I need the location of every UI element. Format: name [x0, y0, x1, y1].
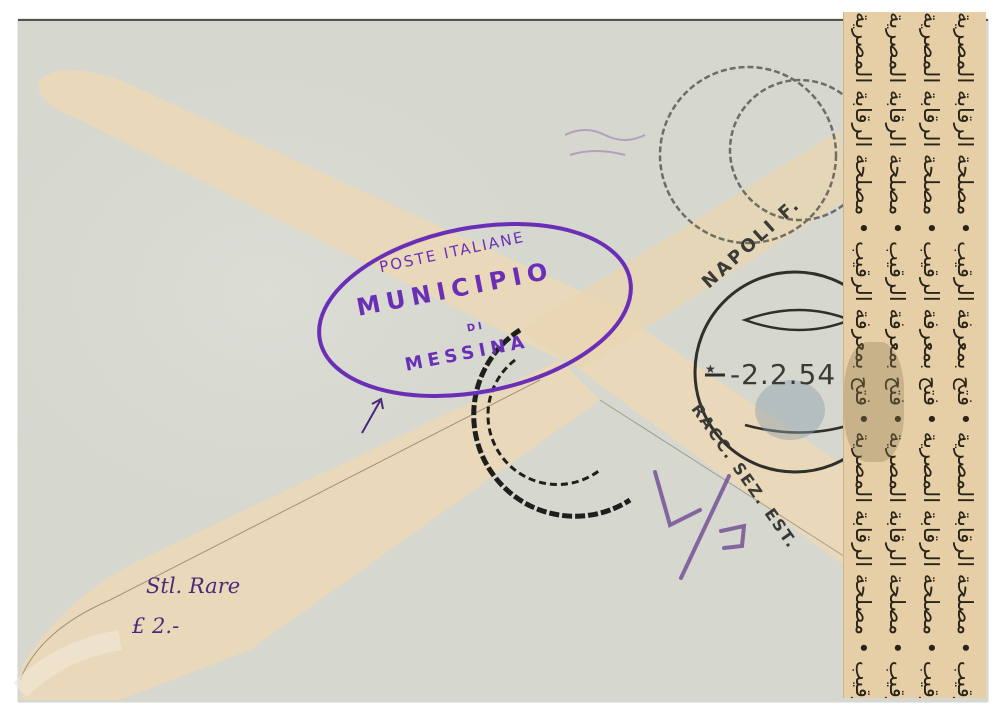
censor-stain	[844, 342, 904, 462]
postmark-star: ★	[705, 362, 716, 376]
handwritten-note-line2: £ 2.-	[132, 614, 179, 638]
postmark-date: -2.2.54	[730, 358, 836, 391]
censor-text-column: فتح بمعرفة الرقيب • مصلحة الرقابة المصري…	[916, 12, 946, 698]
handwritten-note-line1: Stl. Rare	[146, 574, 240, 598]
censor-label-strip: فتح بمعرفة الرقيب • مصلحة الرقابة المصري…	[843, 12, 986, 698]
censor-text-column: فتح بمعرفة الرقيب • مصلحة الرقابة المصري…	[950, 12, 980, 698]
envelope-photo: POSTE ITALIANE MUNICIPIO DI MESSINA NAPO…	[0, 0, 1000, 709]
